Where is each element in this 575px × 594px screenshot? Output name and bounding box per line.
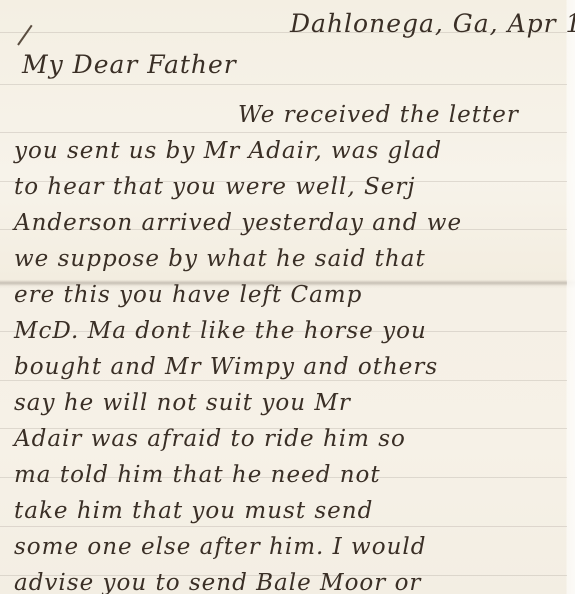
letter-line-1: We received the letter	[238, 104, 519, 127]
letter-line-7: McD. Ma dont like the horse you	[14, 320, 427, 343]
letter-line-3: to hear that you were well, Serj	[14, 176, 415, 199]
letter-line-9: say he will not suit you Mr	[14, 392, 351, 415]
ink-stroke-mark	[17, 25, 32, 46]
letter-line-11: ma told him that he need not	[14, 464, 381, 487]
letter-page: Dahlonega, Ga, Apr 19th My Dear Father W…	[0, 0, 575, 594]
letter-salutation: My Dear Father	[22, 52, 237, 77]
letter-place-date: Dahlonega, Ga, Apr 19th	[290, 10, 575, 36]
letter-line-12: take him that you must send	[14, 500, 373, 523]
place-date-text: Dahlonega, Ga, Apr 19	[290, 9, 575, 38]
ruled-line	[0, 84, 567, 85]
ruled-line	[0, 132, 567, 133]
ruled-line	[0, 380, 567, 381]
letter-line-2: you sent us by Mr Adair, was glad	[14, 140, 442, 163]
letter-line-10: Adair was afraid to ride him so	[14, 428, 406, 451]
ruled-line	[0, 526, 567, 527]
letter-line-13: some one else after him. I would	[14, 536, 426, 559]
letter-line-6: ere this you have left Camp	[14, 284, 362, 307]
letter-line-5: we suppose by what he said that	[14, 248, 426, 271]
letter-line-14: advise you to send Bale Moor or	[14, 572, 421, 594]
letter-line-8: bought and Mr Wimpy and others	[14, 356, 438, 379]
letter-line-4: Anderson arrived yesterday and we	[14, 212, 462, 235]
